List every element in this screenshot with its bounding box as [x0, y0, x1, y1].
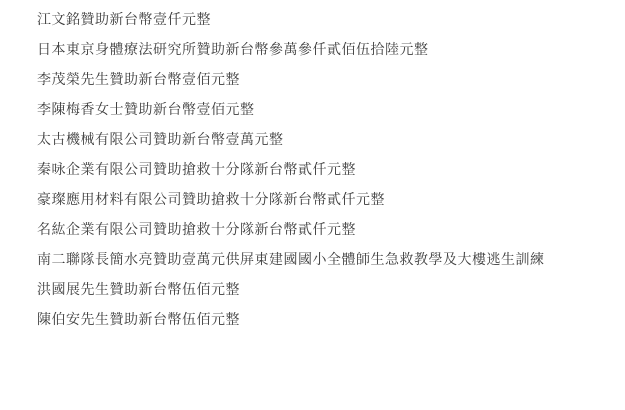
- donation-line: 李茂榮先生贊助新台幣壹佰元整: [37, 70, 605, 90]
- donation-line: 日本東京身體療法研究所贊助新台幣參萬參仟貳佰伍拾陸元整: [37, 40, 605, 60]
- donation-acknowledgment-list: 江文銘贊助新台幣壹仟元整 日本東京身體療法研究所贊助新台幣參萬參仟貳佰伍拾陸元整…: [0, 0, 625, 410]
- donation-line: 豪璨應用材料有限公司贊助搶救十分隊新台幣貳仟元整: [37, 190, 605, 210]
- donation-line: 南二聯隊長簡水亮贊助壹萬元供屏東建國國小全體師生急救教學及大樓逃生訓練: [37, 250, 605, 270]
- donation-line: 太古機械有限公司贊助新台幣壹萬元整: [37, 130, 605, 150]
- donation-line: 李陳梅香女士贊助新台幣壹佰元整: [37, 100, 605, 120]
- donation-line: 秦咏企業有限公司贊助搶救十分隊新台幣貳仟元整: [37, 160, 605, 180]
- donation-line: 江文銘贊助新台幣壹仟元整: [37, 10, 605, 30]
- donation-line: 陳伯安先生贊助新台幣伍佰元整: [37, 310, 605, 330]
- donation-line: 洪國展先生贊助新台幣伍佰元整: [37, 280, 605, 300]
- donation-line: 名紘企業有限公司贊助搶救十分隊新台幣貳仟元整: [37, 220, 605, 240]
